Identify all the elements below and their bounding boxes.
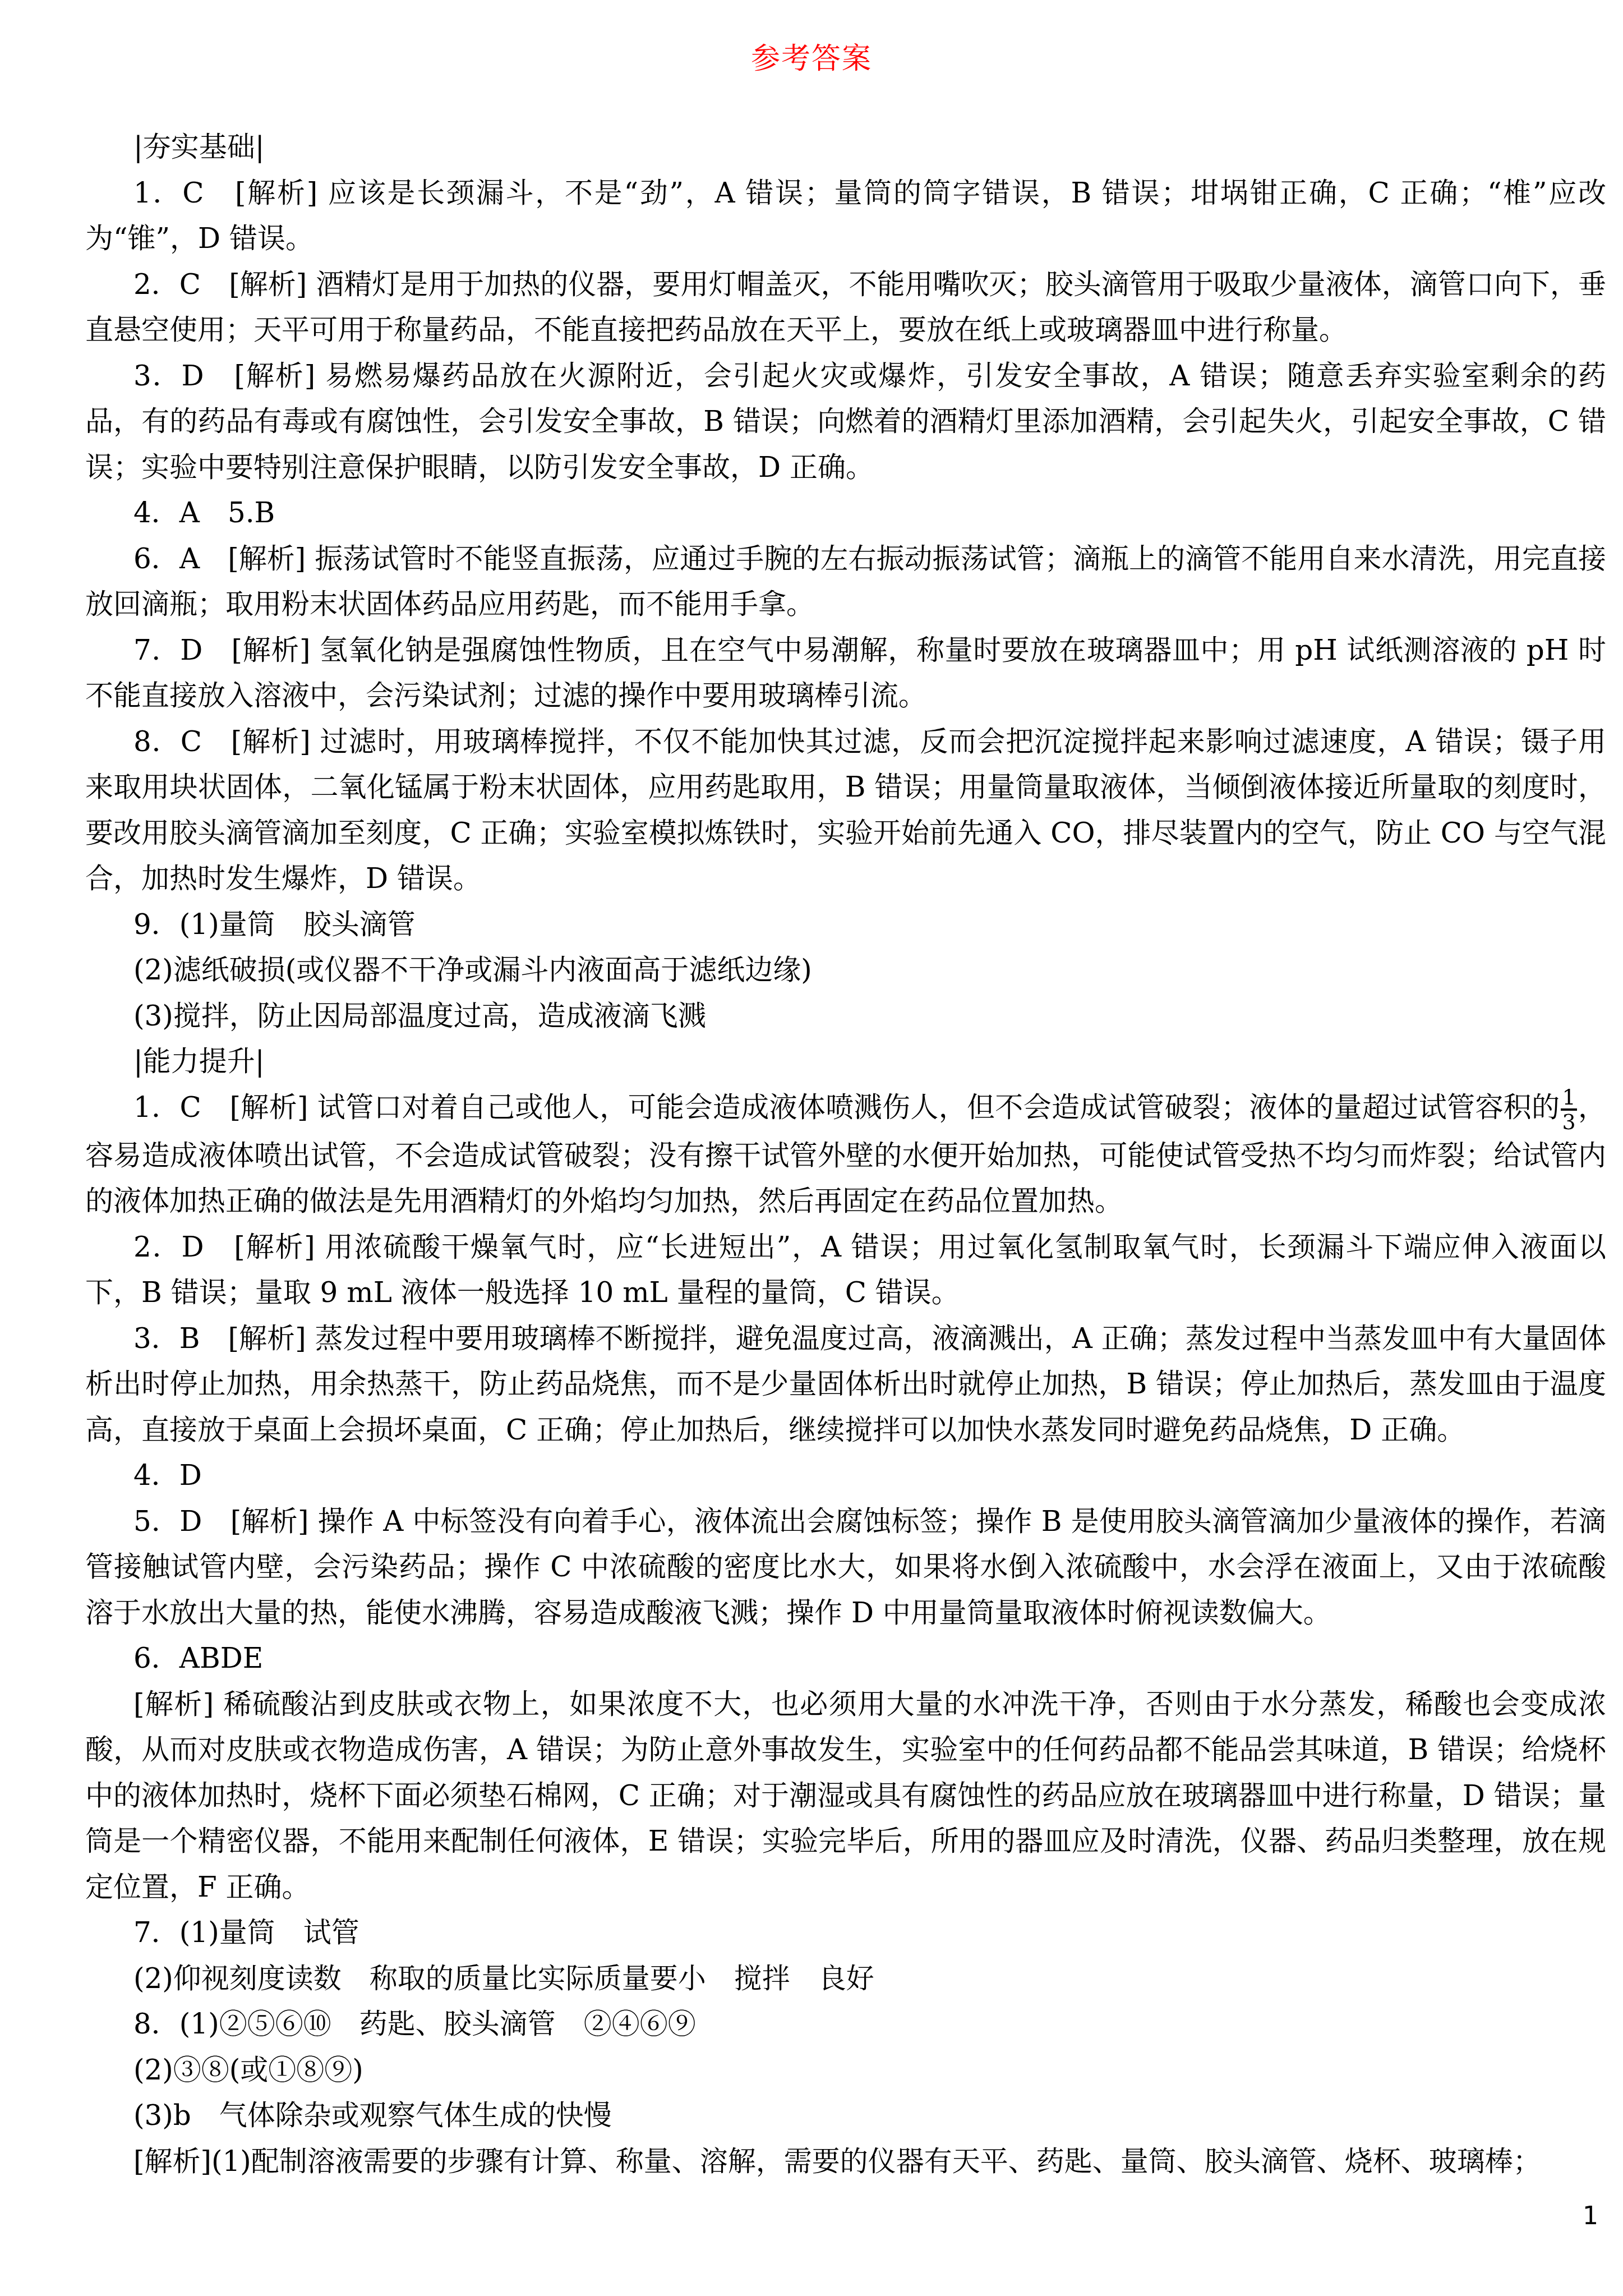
answer-item: 9．(1)量筒 胶头滴管 [85,902,1606,948]
section-heading-advanced: |能力提升| [85,1039,1606,1085]
answer-item: 2．C [解析] 酒精灯是用于加热的仪器，要用灯帽盖灭，不能用嘴吹灭；胶头滴管用… [85,262,1606,353]
answer-item: 3．D [解析] 易燃易爆药品放在火源附近，会引起火灾或爆炸，引发安全事故，A … [85,353,1606,491]
answer-analysis: [解析](1)配制溶液需要的步骤有计算、称量、溶解，需要的仪器有天平、药匙、量筒… [85,2139,1606,2185]
answer-content: |夯实基础| 1．C [解析] 应该是长颈漏斗，不是“劲”，A 错误；量筒的筒字… [85,125,1606,2184]
answer-subitem: (2)滤纸破损(或仪器不干净或漏斗内液面高于滤纸边缘) [85,947,1606,993]
answer-subitem: (2)③⑧(或①⑧⑨) [85,2047,1606,2093]
fraction-numerator: 1 [1561,1086,1576,1111]
answer-subitem: (3)搅拌，防止因局部温度过高，造成液滴飞溅 [85,993,1606,1039]
answer-item: 8．C [解析] 过滤时，用玻璃棒搅拌，不仅不能加快其过滤，反而会把沉淀搅拌起来… [85,719,1606,902]
answer-subitem: (2)仰视刻度读数 称取的质量比实际质量要小 搅拌 良好 [85,1956,1606,2002]
answer-item: 7．(1)量筒 试管 [85,1910,1606,1956]
answer-item: 5．D [解析] 操作 A 中标签没有向着手心，液体流出会腐蚀标签；操作 B 是… [85,1499,1606,1636]
answer-item: 3．B [解析] 蒸发过程中要用玻璃棒不断搅拌，避免温度过高，液滴溅出，A 正确… [85,1316,1606,1453]
answer-analysis: [解析] 稀硫酸沾到皮肤或衣物上，如果浓度不大，也必须用大量的水冲洗干净，否则由… [85,1682,1606,1911]
answer-item: 8．(1)②⑤⑥⑩ 药匙、胶头滴管 ②④⑥⑨ [85,2001,1606,2047]
page-title: 参考答案 [0,39,1623,79]
section-heading-basic: |夯实基础| [85,125,1606,171]
answer-item: 6．ABDE [85,1636,1606,1682]
answer-item: 1．C [解析] 试管口对着自己或他人，可能会造成液体喷溅伤人，但不会造成试管破… [85,1085,1606,1225]
fraction-one-third: 13 [1561,1086,1576,1133]
answer-item: 1．C [解析] 应该是长颈漏斗，不是“劲”，A 错误；量筒的筒字错误，B 错误… [85,171,1606,262]
answer-subitem: (3)b 气体除杂或观察气体生成的快慢 [85,2093,1606,2139]
answer-item: 4．D [85,1453,1606,1499]
answer-item: 7．D [解析] 氢氧化钠是强腐蚀性物质，且在空气中易潮解，称量时要放在玻璃器皿… [85,628,1606,719]
page-number: 1 [1583,2202,1598,2230]
fraction-denominator: 3 [1561,1111,1576,1133]
answer-item: 2．D [解析] 用浓硫酸干燥氧气时，应“长进短出”，A 错误；用过氧化氢制取氧… [85,1225,1606,1316]
answer-item: 6．A [解析] 振荡试管时不能竖直振荡，应通过手腕的左右振动振荡试管；滴瓶上的… [85,536,1606,628]
answer-item: 4．A 5.B [85,490,1606,536]
answer-text: 1．C [解析] 试管口对着自己或他人，可能会造成液体喷溅伤人，但不会造成试管破… [133,1091,1560,1124]
